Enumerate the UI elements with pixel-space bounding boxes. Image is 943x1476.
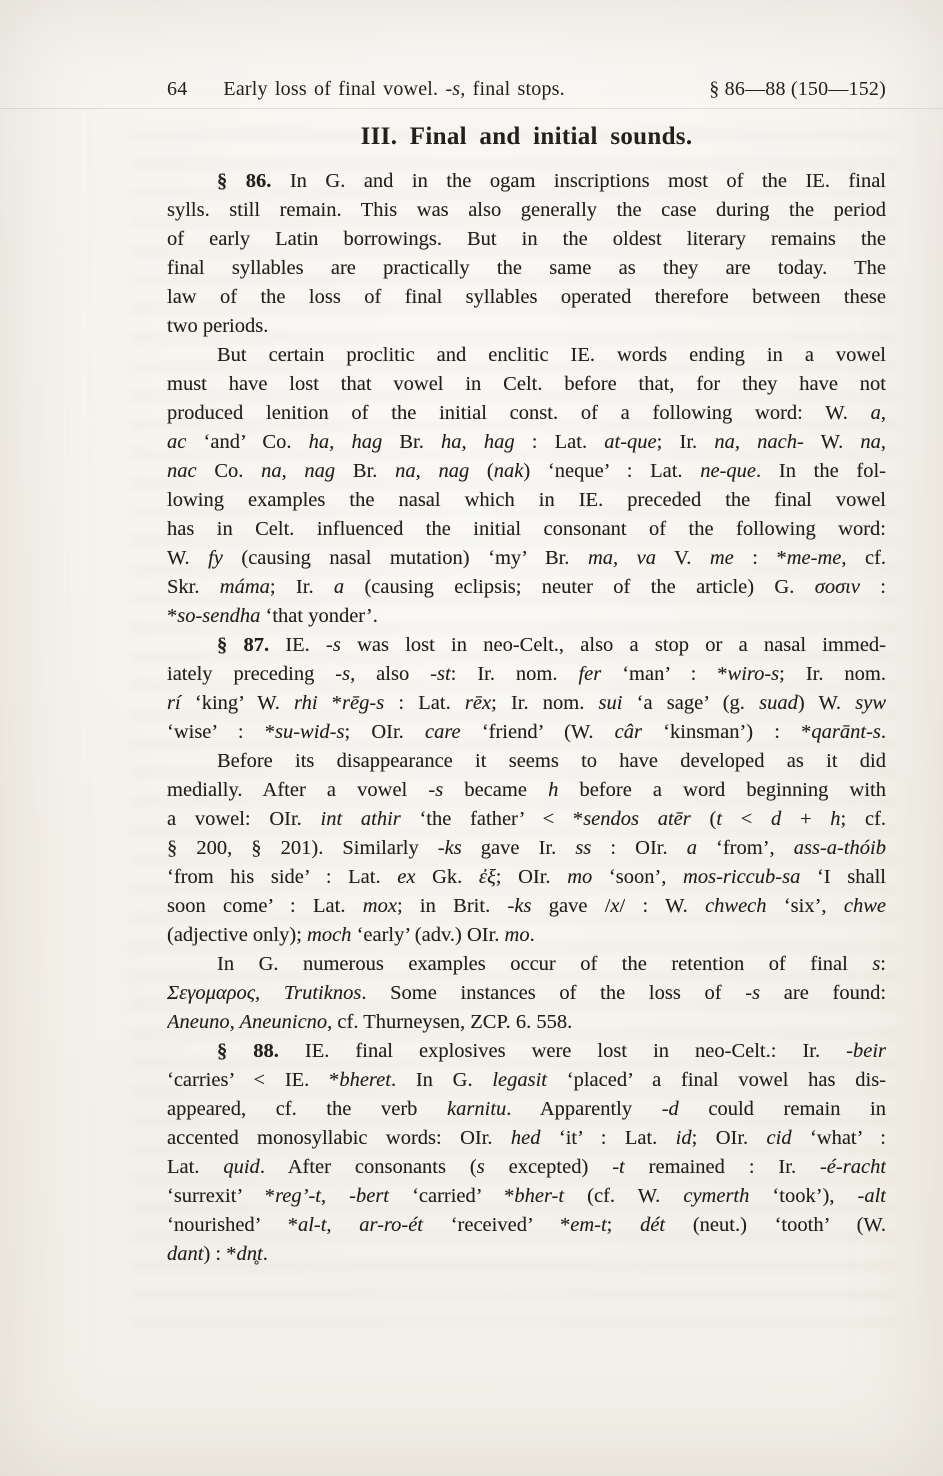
italic-term: dn̥t — [236, 1243, 262, 1265]
text-line: But certain proclitic and enclitic IE. w… — [167, 341, 886, 370]
text-run: * — [167, 605, 177, 627]
italic-term: mo — [567, 866, 592, 888]
text-run: ‘it’ : Lat. — [541, 1127, 676, 1149]
italic-term: na — [860, 431, 881, 453]
italic-term: câr — [615, 721, 642, 743]
text-run: . — [263, 1243, 268, 1265]
text-run: , — [326, 1214, 359, 1236]
section-mark: § 88. — [217, 1040, 279, 1062]
italic-term: -s — [428, 779, 443, 801]
text-run: ‘nourished’ * — [167, 1214, 298, 1236]
text-run: ; OIr. — [496, 866, 567, 888]
italic-term: dét — [640, 1214, 665, 1236]
text-line: ‘nourished’ *al-t, ar-ro-ét ‘received’ *… — [167, 1211, 886, 1240]
italic-term: -é-racht — [820, 1156, 886, 1178]
text-run: / : W. — [620, 895, 706, 917]
text-run: could remain in — [679, 1098, 886, 1120]
text-line: Before its disappearance it seems to hav… — [167, 747, 886, 776]
paragraph: § 88. IE. final explosives were lost in … — [167, 1037, 886, 1269]
text-run: , also — [350, 663, 430, 685]
text-run: IE. — [269, 634, 326, 656]
text-run: sylls. still remain. This was also gener… — [167, 199, 886, 221]
paragraph: § 86. In G. and in the ogam inscriptions… — [167, 167, 886, 341]
text-run: ( — [469, 460, 494, 482]
text-run: V. — [656, 547, 710, 569]
text-run: ; Ir. nom. — [491, 692, 598, 714]
italic-term: su-wid-s — [275, 721, 344, 743]
italic-term: nac — [167, 460, 197, 482]
text-run: ; OIr. — [344, 721, 425, 743]
text-run: remained : Ir. — [625, 1156, 820, 1178]
text-line: ‘wise’ : *su-wid-s; OIr. care ‘friend’ (… — [167, 718, 886, 747]
italic-term: d — [771, 808, 781, 830]
text-line: § 88. IE. final explosives were lost in … — [167, 1037, 886, 1066]
text-run: before a word beginning with — [558, 779, 886, 801]
text-line: lowing examples the nasal which in IE. p… — [167, 486, 886, 515]
text-line: Σεγομαρος, Trutiknos. Some instances of … — [167, 979, 886, 1008]
italic-term: a — [334, 576, 344, 598]
text-run: ‘the father’ < * — [401, 808, 583, 830]
italic-term: na, nag — [261, 460, 335, 482]
text-run: two periods. — [167, 315, 268, 337]
italic-term: chwe — [844, 895, 886, 917]
italic-term: rēg-s — [342, 692, 384, 714]
italic-term: σοσιν — [815, 576, 860, 598]
text-run: ‘that yonder’. — [260, 605, 377, 627]
text-run: ‘received’ * — [423, 1214, 570, 1236]
text-run: accented monosyllabic words: OIr. — [167, 1127, 511, 1149]
chapter-heading: III. Final and initial sounds. — [167, 120, 886, 154]
italic-term: mo — [505, 924, 530, 946]
text-line: Skr. máma; Ir. a (causing eclipsis; neut… — [167, 573, 886, 602]
text-run: final syllables are practically the same… — [167, 257, 886, 279]
text-run: , cf. — [841, 547, 886, 569]
section-mark: § 86. — [217, 170, 271, 192]
text-line: W. fy (causing nasal mutation) ‘my’ Br. … — [167, 544, 886, 573]
italic-term: -s — [745, 982, 760, 1004]
text-line: § 87. IE. -s was lost in neo-Celt., also… — [167, 631, 886, 660]
text-run: gave Ir. — [462, 837, 576, 859]
italic-term: rhi — [294, 692, 318, 714]
text-run: ) : * — [203, 1243, 236, 1265]
text-run: W. — [804, 431, 861, 453]
text-line: nac Co. na, nag Br. na, nag (nak) ‘neque… — [167, 457, 886, 486]
text-run: ‘kinsman’) : * — [642, 721, 811, 743]
text-run: ‘took’), — [749, 1185, 857, 1207]
italic-term: mos-riccub-sa — [683, 866, 800, 888]
text-run: W. — [167, 547, 208, 569]
text-line: must have lost that vowel in Celt. befor… — [167, 370, 886, 399]
text-line: ‘surrexit’ *reg’-t, -bert ‘carried’ *bhe… — [167, 1182, 886, 1211]
italic-term: reg’-t — [275, 1185, 321, 1207]
text-run: ; in Brit. — [397, 895, 508, 917]
italic-term: syw — [855, 692, 886, 714]
text-run: lowing examples the nasal which in IE. p… — [167, 489, 886, 511]
text-run: ‘king’ W. — [181, 692, 294, 714]
italic-term: me — [710, 547, 734, 569]
text-run: ‘early’ (adv.) OIr. — [351, 924, 504, 946]
text-run: , final stops. — [460, 78, 565, 100]
italic-term: Σεγομαρος, Trutiknos — [167, 982, 361, 1004]
text-run: . In the fol- — [756, 460, 886, 482]
italic-term: x — [610, 895, 619, 917]
text-run: Br. — [335, 460, 395, 482]
italic-term: sendos atēr — [583, 808, 691, 830]
text-run: Skr. — [167, 576, 220, 598]
text-line: In G. numerous examples occur of the ret… — [167, 950, 886, 979]
text-line: accented monosyllabic words: OIr. hed ‘i… — [167, 1124, 886, 1153]
text-run: In G. numerous examples occur of the ret… — [217, 953, 872, 975]
italic-term: mox — [363, 895, 397, 917]
text-line: ‘from his side’ : Lat. ex Gk. ἐξ; OIr. m… — [167, 863, 886, 892]
text-line: soon come’ : Lat. mox; in Brit. -ks gave… — [167, 892, 886, 921]
text-run: ‘from’, — [697, 837, 794, 859]
text-run: ; Ir. nom. — [779, 663, 886, 685]
italic-term: bher-t — [514, 1185, 564, 1207]
italic-term: hed — [511, 1127, 541, 1149]
text-run: : Lat. — [384, 692, 465, 714]
italic-term: dant — [167, 1243, 203, 1265]
text-line: Lat. quid. After consonants (s excepted)… — [167, 1153, 886, 1182]
text-run: ; OIr. — [692, 1127, 767, 1149]
italic-term: rí — [167, 692, 181, 714]
text-run: ‘soon’, — [592, 866, 683, 888]
italic-term: -d — [662, 1098, 679, 1120]
text-run: : — [860, 576, 886, 598]
text-run: < — [722, 808, 771, 830]
text-run: ‘man’ : * — [601, 663, 727, 685]
text-run: ‘surrexit’ * — [167, 1185, 275, 1207]
paragraph: § 87. IE. -s was lost in neo-Celt., also… — [167, 631, 886, 747]
italic-term: al-t — [298, 1214, 326, 1236]
text-run: ‘carried’ * — [389, 1185, 514, 1207]
italic-term: fer — [578, 663, 601, 685]
italic-term: na, nag — [395, 460, 469, 482]
text-run: must have lost that vowel in Celt. befor… — [167, 373, 886, 395]
text-line: ‘carries’ < IE. *bheret. In G. legasit ‘… — [167, 1066, 886, 1095]
text-run: (cf. W. — [564, 1185, 683, 1207]
text-line: of early Latin borrowings. But in the ol… — [167, 225, 886, 254]
italic-term: -beir — [846, 1040, 886, 1062]
text-line: final syllables are practically the same… — [167, 254, 886, 283]
italic-term: ac — [167, 431, 186, 453]
text-run: ‘a sage’ (g. — [622, 692, 759, 714]
text-run: . In G. — [391, 1069, 492, 1091]
italic-term: -ks — [438, 837, 462, 859]
italic-term: wiro-s — [728, 663, 780, 685]
italic-term: ne-que — [700, 460, 756, 482]
italic-term: Aneuno, Aneunicno — [167, 1011, 327, 1033]
italic-term: ex — [397, 866, 415, 888]
italic-term: at-que — [604, 431, 656, 453]
italic-term: suad — [759, 692, 798, 714]
italic-term: ma, va — [588, 547, 656, 569]
italic-term: -t — [612, 1156, 625, 1178]
text-run: Gk. — [415, 866, 478, 888]
text-run: Before its disappearance it seems to hav… — [217, 750, 886, 772]
text-run: + — [781, 808, 830, 830]
italic-term: h — [548, 779, 558, 801]
text-run: In G. and in the ogam inscriptions most … — [271, 170, 886, 192]
text-run: ) ‘neque’ : Lat. — [523, 460, 700, 482]
italic-term: so-sendha — [177, 605, 260, 627]
text-line: appeared, cf. the verb karnitu. Apparent… — [167, 1095, 886, 1124]
italic-term: bheret — [339, 1069, 391, 1091]
text-run: . Some instances of the loss of — [361, 982, 745, 1004]
text-run: ) W. — [798, 692, 855, 714]
italic-term: ἐξ — [479, 866, 496, 888]
text-line: ac ‘and’ Co. ha, hag Br. ha, hag : Lat. … — [167, 428, 886, 457]
italic-term: cid — [767, 1127, 792, 1149]
text-run: ; Ir. — [657, 431, 715, 453]
text-run: has in Celt. influenced the initial cons… — [167, 518, 886, 540]
italic-term: -ks — [508, 895, 532, 917]
italic-term: na, nach- — [714, 431, 803, 453]
italic-term: a — [871, 402, 881, 424]
text-line: has in Celt. influenced the initial cons… — [167, 515, 886, 544]
text-run: ; cf. — [841, 808, 886, 830]
text-run: ‘from his side’ : Lat. — [167, 866, 397, 888]
scan-artifact-line — [0, 108, 943, 109]
text-run: : Ir. nom. — [451, 663, 579, 685]
text-run: ‘what’ : — [792, 1127, 886, 1149]
italic-term: s — [477, 1156, 485, 1178]
text-run: (adjective only); — [167, 924, 307, 946]
text-line: produced lenition of the initial const. … — [167, 399, 886, 428]
italic-term: -alt — [858, 1185, 886, 1207]
text-line: § 200, § 201). Similarly -ks gave Ir. ss… — [167, 834, 886, 863]
italic-term: rēx — [465, 692, 491, 714]
text-run: , — [321, 1185, 349, 1207]
text-run: (causing nasal mutation) ‘my’ Br. — [223, 547, 588, 569]
text-run: ; Ir. — [270, 576, 334, 598]
section-mark: § 87. — [217, 634, 269, 656]
italic-term: int athir — [321, 808, 401, 830]
italic-term: -bert — [349, 1185, 389, 1207]
italic-term: máma — [220, 576, 270, 598]
text-line: medially. After a vowel -s became h befo… — [167, 776, 886, 805]
italic-term: -st — [430, 663, 451, 685]
text-run: Early loss of final vowel. — [223, 78, 445, 100]
italic-term: ar-ro-ét — [359, 1214, 423, 1236]
text-run: soon come’ : Lat. — [167, 895, 363, 917]
text-run: (neut.) ‘tooth’ (W. — [665, 1214, 886, 1236]
text-run: * — [318, 692, 342, 714]
text-run: : — [880, 953, 886, 975]
italic-term: ha, hag — [441, 431, 515, 453]
text-run: ‘I shall — [800, 866, 886, 888]
running-title: Early loss of final vowel. -s, final sto… — [223, 78, 564, 101]
text-run: excepted) — [485, 1156, 613, 1178]
text-run: (causing eclipsis; neuter of the article… — [344, 576, 815, 598]
text-run: ‘six’, — [767, 895, 844, 917]
text-line: law of the loss of final syllables opera… — [167, 283, 886, 312]
text-line: a vowel: OIr. int athir ‘the father’ < *… — [167, 805, 886, 834]
text-run: ‘carries’ < IE. * — [167, 1069, 339, 1091]
text-line: rí ‘king’ W. rhi *rēg-s : Lat. rēx; Ir. … — [167, 689, 886, 718]
text-run: appeared, cf. the verb — [167, 1098, 447, 1120]
italic-term: sui — [599, 692, 623, 714]
book-page: 64 Early loss of final vowel. -s, final … — [0, 0, 943, 1476]
paragraph: In G. numerous examples occur of the ret… — [167, 950, 886, 1037]
text-run: But certain proclitic and enclitic IE. w… — [217, 344, 886, 366]
text-run: produced lenition of the initial const. … — [167, 402, 871, 424]
section-range: § 86—88 (150—152) — [709, 78, 886, 101]
italic-term: me-me — [787, 547, 842, 569]
text-run: ‘friend’ (W. — [461, 721, 615, 743]
italic-term: quid — [223, 1156, 259, 1178]
italic-term: care — [425, 721, 461, 743]
italic-term: chwech — [705, 895, 766, 917]
text-run: medially. After a vowel — [167, 779, 428, 801]
text-run: ‘placed’ a final vowel has dis- — [547, 1069, 886, 1091]
text-run: gave / — [531, 895, 610, 917]
italic-term: h — [830, 808, 840, 830]
text-run: law of the loss of final syllables opera… — [167, 286, 886, 308]
paragraph: But certain proclitic and enclitic IE. w… — [167, 341, 886, 631]
text-run: of early Latin borrowings. But in the ol… — [167, 228, 886, 250]
text-run: Co. — [197, 460, 261, 482]
running-header: 64 Early loss of final vowel. -s, final … — [167, 78, 886, 101]
text-run: Lat. — [167, 1156, 223, 1178]
text-run: ( — [691, 808, 717, 830]
italic-term: ha, hag — [309, 431, 383, 453]
italic-term: ss — [575, 837, 591, 859]
text-line: iately preceding -s, also -st: Ir. nom. … — [167, 660, 886, 689]
page-body: § 86. In G. and in the ogam inscriptions… — [167, 167, 886, 1269]
text-run: : * — [734, 547, 787, 569]
italic-term: ass-a-thóib — [794, 837, 886, 859]
text-line: § 86. In G. and in the ogam inscriptions… — [167, 167, 886, 196]
italic-term: karnitu — [447, 1098, 506, 1120]
italic-term: nak — [494, 460, 524, 482]
text-run: . Apparently — [506, 1098, 661, 1120]
italic-term: em-t — [570, 1214, 606, 1236]
text-run: ‘wise’ : * — [167, 721, 275, 743]
italic-term: -s — [335, 663, 350, 685]
text-run: : Lat. — [515, 431, 605, 453]
text-run: § 200, § 201). Similarly — [167, 837, 438, 859]
text-run: ‘and’ Co. — [186, 431, 308, 453]
text-line: sylls. still remain. This was also gener… — [167, 196, 886, 225]
text-line: (adjective only); moch ‘early’ (adv.) OI… — [167, 921, 886, 950]
text-line: Aneuno, Aneunicno, cf. Thurneysen, ZCP. … — [167, 1008, 886, 1037]
text-run: , — [881, 431, 886, 453]
italic-term: -s — [326, 634, 341, 656]
italic-term: cymerth — [683, 1185, 749, 1207]
text-run: IE. final explosives were lost in neo-Ce… — [279, 1040, 846, 1062]
italic-term: -s — [445, 78, 460, 100]
text-run: ; — [607, 1214, 640, 1236]
italic-term: legasit — [492, 1069, 547, 1091]
text-run: was lost in neo-Celt., also a stop or a … — [341, 634, 886, 656]
text-run: are found: — [760, 982, 886, 1004]
italic-term: moch — [307, 924, 351, 946]
text-line: dant) : *dn̥t. — [167, 1240, 886, 1269]
italic-term: a — [687, 837, 697, 859]
paragraph: Before its disappearance it seems to hav… — [167, 747, 886, 950]
text-run: Br. — [382, 431, 441, 453]
text-line: two periods. — [167, 312, 886, 341]
italic-term: id — [676, 1127, 692, 1149]
text-run: . — [881, 721, 886, 743]
italic-term: qarānt-s — [811, 721, 880, 743]
text-run: a vowel: OIr. — [167, 808, 321, 830]
text-line: *so-sendha ‘that yonder’. — [167, 602, 886, 631]
text-run: iately preceding — [167, 663, 335, 685]
text-run: : OIr. — [591, 837, 686, 859]
page-number: 64 — [167, 78, 187, 101]
text-run: became — [443, 779, 548, 801]
italic-term: fy — [208, 547, 223, 569]
text-run: . — [530, 924, 535, 946]
text-run: , cf. Thurneysen, ZCP. 6. 558. — [327, 1011, 572, 1033]
text-run: . After consonants ( — [260, 1156, 477, 1178]
text-run: , — [881, 402, 886, 424]
